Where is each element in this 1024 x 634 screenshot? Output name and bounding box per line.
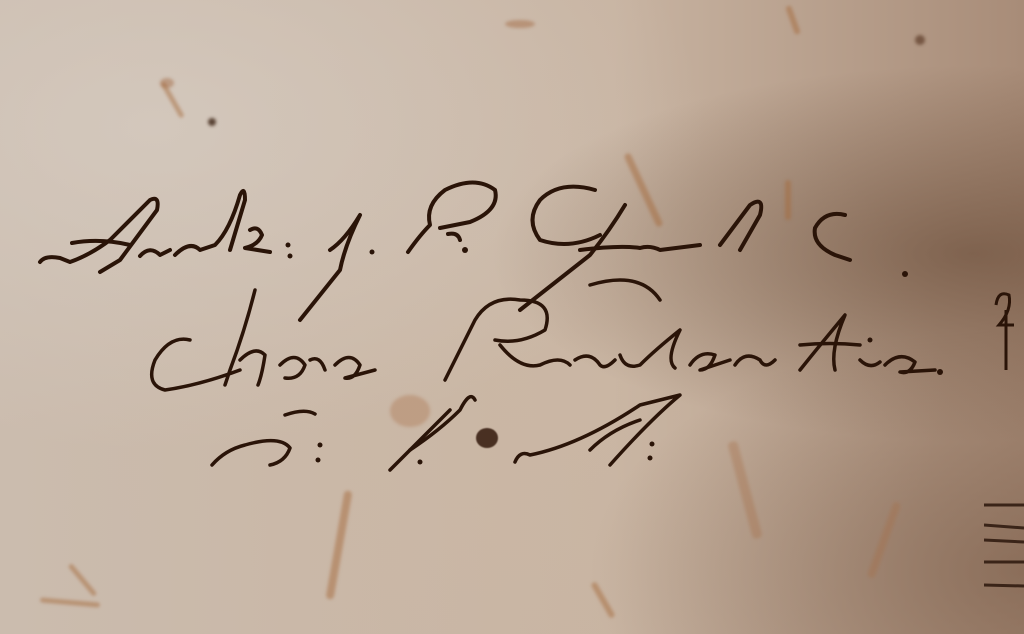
page-edge-marks <box>984 290 1024 610</box>
inscription-line-1: Auth: J. P. Goebl C. <box>40 190 418 236</box>
inscription-line-3: S: V. M: <box>210 400 365 446</box>
page-edge-number: 2 <box>1007 300 1020 324</box>
inscription-line-2: Choro Residentiae <box>150 300 525 346</box>
